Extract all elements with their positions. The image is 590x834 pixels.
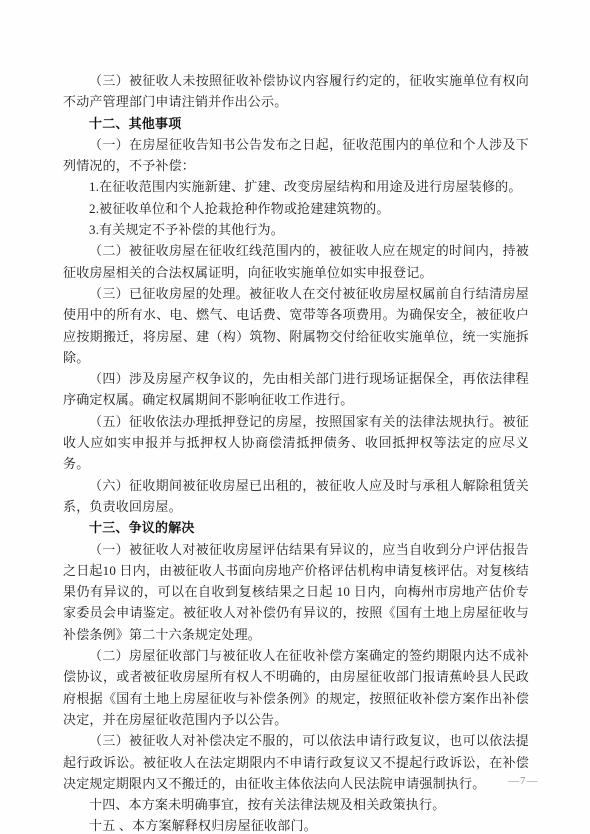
section-heading: 十二、其他事项 [63,113,529,134]
paragraph: （六）征收期间被征收房屋已出租的，被征收人应及时与承租人解除租赁关系，负责收回房… [63,475,529,518]
paragraph: （二）被征收房屋在征收红线范围内的，被征收人应在规定的时间内，持被征收房屋相关的… [63,240,529,283]
paragraph: （一）被征收人对被征收房屋评估结果有异议的，应当自收到分户评估报告之日起10 日… [63,539,529,645]
paragraph: 2.被征收单位和个人抢栽抢种作物或抢建建筑物的。 [63,198,529,219]
paragraph: （五）征收依法办理抵押登记的房屋，按照国家有关的法律法规执行。被征收人应如实申报… [63,411,529,475]
paragraph: 十四、本方案未明确事宜，按有关法律法规及相关政策执行。 [63,794,529,815]
paragraph: （四）涉及房屋产权争议的，先由相关部门进行现场证据保全，再依法律程序确定权属。确… [63,368,529,411]
paragraph: （一）在房屋征收告知书公告发布之日起，征收范围内的单位和个人涉及下列情况的，不予… [63,134,529,177]
document-page: （三）被征收人未按照征收补偿协议内容履行约定的，征收实施单位有权向不动产管理部门… [0,0,590,834]
document-body: （三）被征收人未按照征收补偿协议内容履行约定的，征收实施单位有权向不动产管理部门… [63,70,529,834]
paragraph: （三）被征收人未按照征收补偿协议内容履行约定的，征收实施单位有权向不动产管理部门… [63,70,529,113]
paragraph: （三）已征收房屋的处理。被征收人在交付被征收房屋权属前自行结清房屋使用中的所有水… [63,283,529,368]
paragraph: （二）房屋征收部门与被征收人在征收补偿方案确定的签约期限内达不成补偿协议，或者被… [63,645,529,730]
paragraph: （三）被征收人对补偿决定不服的，可以依法申请行政复议，也可以依法提起行政诉讼。被… [63,730,529,794]
paragraph: 1.在征收范围内实施新建、扩建、改变房屋结构和用途及进行房屋装修的。 [63,176,529,197]
page-number: —7— [508,775,539,787]
section-heading: 十三、争议的解决 [63,517,529,538]
paragraph: 十五 、本方案解释权归房屋征收部门。 [63,815,529,834]
paragraph: 3.有关规定不予补偿的其他行为。 [63,219,529,240]
